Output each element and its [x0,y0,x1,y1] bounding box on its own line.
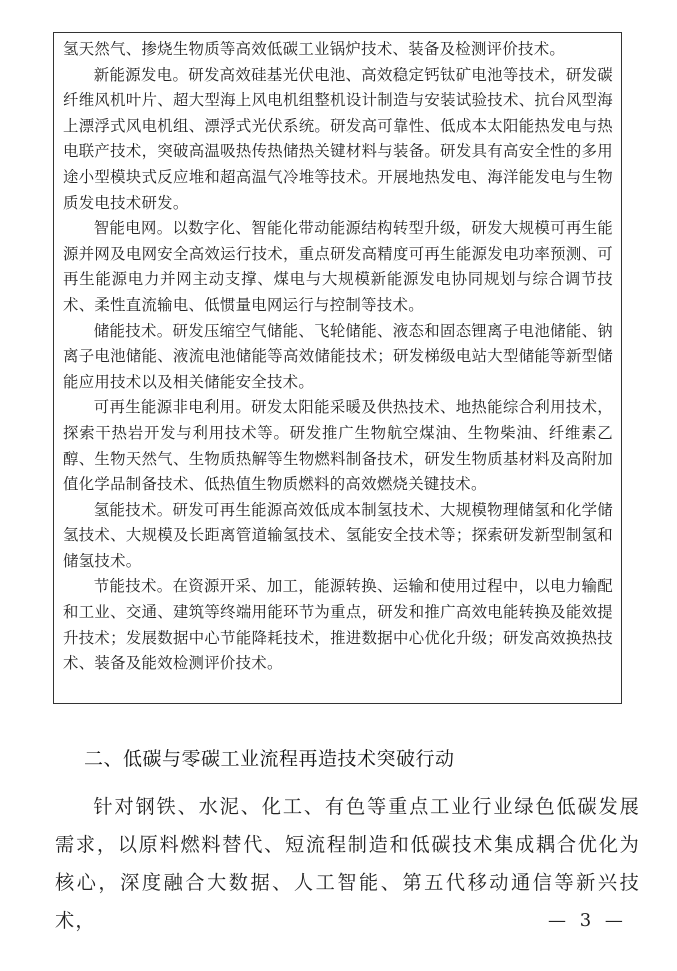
page-number: — 3 — [548,910,627,931]
box-paragraph-hydrogen: 氢能技术。研发可再生能源高效低成本制氢技术、大规模物理储氢和化学储氢技术、大规模… [63,498,613,575]
box-paragraph-renewable-non-electric: 可再生能源非电利用。研发太阳能采暖及供热技术、地热能综合利用技术，探索干热岩开发… [63,395,613,497]
box-paragraph-continued: 氢天然气、掺烧生物质等高效低碳工业锅炉技术、装备及检测评价技术。 [63,37,613,63]
box-paragraph-smart-grid: 智能电网。以数字化、智能化带动能源结构转型升级，研发大规模可再生能源并网及电网安… [63,216,613,318]
box-paragraph-energy-saving: 节能技术。在资源开采、加工，能源转换、运输和使用过程中，以电力输配和工业、交通、… [63,574,613,676]
section-heading: 二、低碳与零碳工业流程再造技术突破行动 [84,744,455,771]
highlighted-text-box: 氢天然气、掺烧生物质等高效低碳工业锅炉技术、装备及检测评价技术。 新能源发电。研… [53,32,622,704]
box-paragraph-energy-storage: 储能技术。研发压缩空气储能、飞轮储能、液态和固态锂离子电池储能、钠离子电池储能、… [63,319,613,396]
box-paragraph-new-energy-power: 新能源发电。研发高效硅基光伏电池、高效稳定钙钛矿电池等技术，研发碳纤维风机叶片、… [63,63,613,217]
